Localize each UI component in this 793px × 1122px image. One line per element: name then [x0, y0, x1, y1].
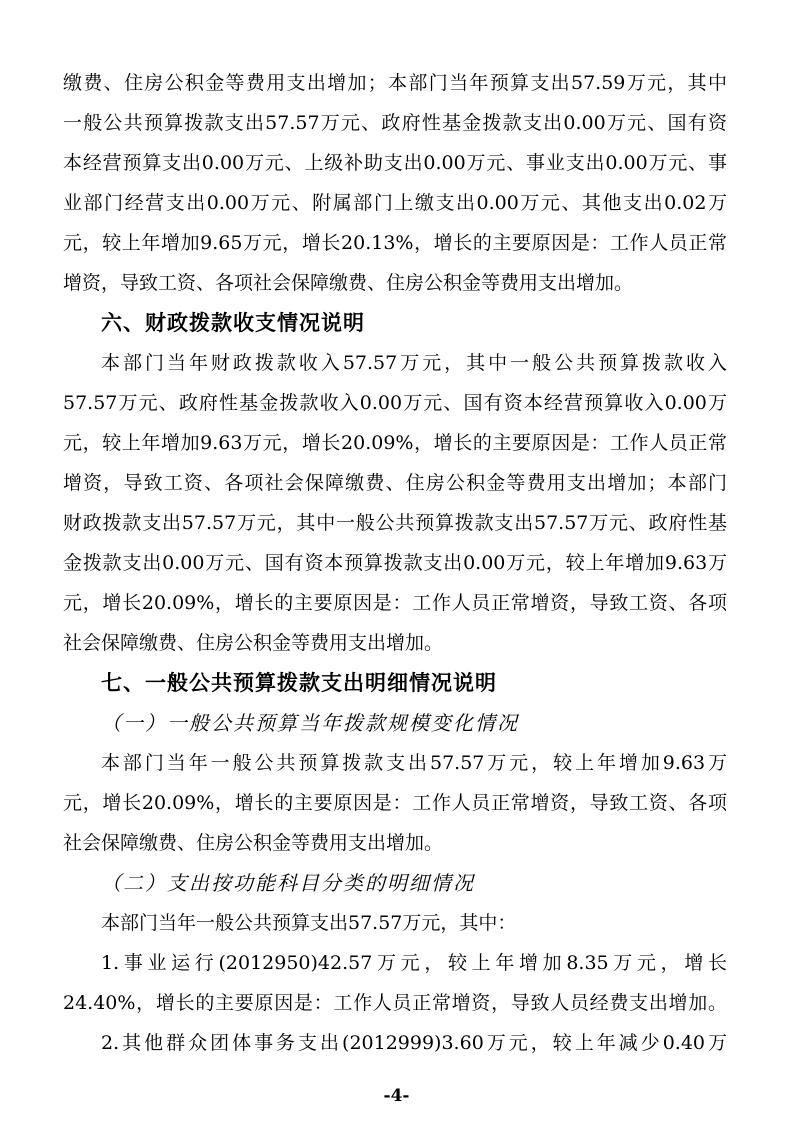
page-number: -4-	[0, 1086, 793, 1106]
text-line: 一般公共预算拨款支出57.57万元、政府性基金拨款支出0.00万元、国有资	[63, 103, 727, 143]
text-line: 本经营预算支出0.00万元、上级补助支出0.00万元、事业支出0.00万元、事	[63, 143, 727, 183]
text-line: 缴费、住房公积金等费用支出增加；本部门当年预算支出57.59万元，其中	[63, 63, 727, 103]
text-line: 金拨款支出0.00万元、国有资本预算拨款支出0.00万元，较上年增加9.63万	[63, 543, 727, 583]
text-line: 元，增长20.09%，增长的主要原因是：工作人员正常增资，导致工资、各项	[63, 583, 727, 623]
text-line: 元，较上年增加9.65万元，增长20.13%，增长的主要原因是：工作人员正常	[63, 223, 727, 263]
subsection-heading-2: （二）支出按功能科目分类的明细情况	[63, 863, 727, 903]
document-body: 缴费、住房公积金等费用支出增加；本部门当年预算支出57.59万元，其中 一般公共…	[63, 63, 727, 1063]
section-heading-6: 六、财政拨款收支情况说明	[63, 303, 727, 343]
text-line: 业部门经营支出0.00万元、附属部门上缴支出0.00万元、其他支出0.02万	[63, 183, 727, 223]
text-line: 57.57万元、政府性基金拨款收入0.00万元、国有资本经营预算收入0.00万	[63, 383, 727, 423]
list-item-line: 24.40%，增长的主要原因是：工作人员正常增资，导致人员经费支出增加。	[63, 983, 727, 1023]
text-line: 增资，导致工资、各项社会保障缴费、住房公积金等费用支出增加。	[63, 263, 727, 303]
subsection-heading-1: （一）一般公共预算当年拨款规模变化情况	[63, 703, 727, 743]
text-line: 本部门当年一般公共预算拨款支出57.57万元，较上年增加9.63万	[63, 743, 727, 783]
text-line: 财政拨款支出57.57万元，其中一般公共预算拨款支出57.57万元、政府性基	[63, 503, 727, 543]
document-page: 缴费、住房公积金等费用支出增加；本部门当年预算支出57.59万元，其中 一般公共…	[0, 0, 793, 1122]
section-heading-7: 七、一般公共预算拨款支出明细情况说明	[63, 663, 727, 703]
text-line: 社会保障缴费、住房公积金等费用支出增加。	[63, 823, 727, 863]
list-item-line: 2.其他群众团体事务支出(2012999)3.60万元，较上年减少0.40万	[63, 1023, 727, 1063]
text-line: 社会保障缴费、住房公积金等费用支出增加。	[63, 623, 727, 663]
text-line: 元，较上年增加9.63万元，增长20.09%，增长的主要原因是：工作人员正常	[63, 423, 727, 463]
list-item-line: 1.事业运行(2012950)42.57万元，较上年增加8.35万元，增长	[63, 943, 727, 983]
text-line: 本部门当年财政拨款收入57.57万元，其中一般公共预算拨款收入	[63, 343, 727, 383]
text-line: 本部门当年一般公共预算支出57.57万元，其中：	[63, 903, 727, 943]
text-line: 增资，导致工资、各项社会保障缴费、住房公积金等费用支出增加；本部门	[63, 463, 727, 503]
text-line: 元，增长20.09%，增长的主要原因是：工作人员正常增资，导致工资、各项	[63, 783, 727, 823]
